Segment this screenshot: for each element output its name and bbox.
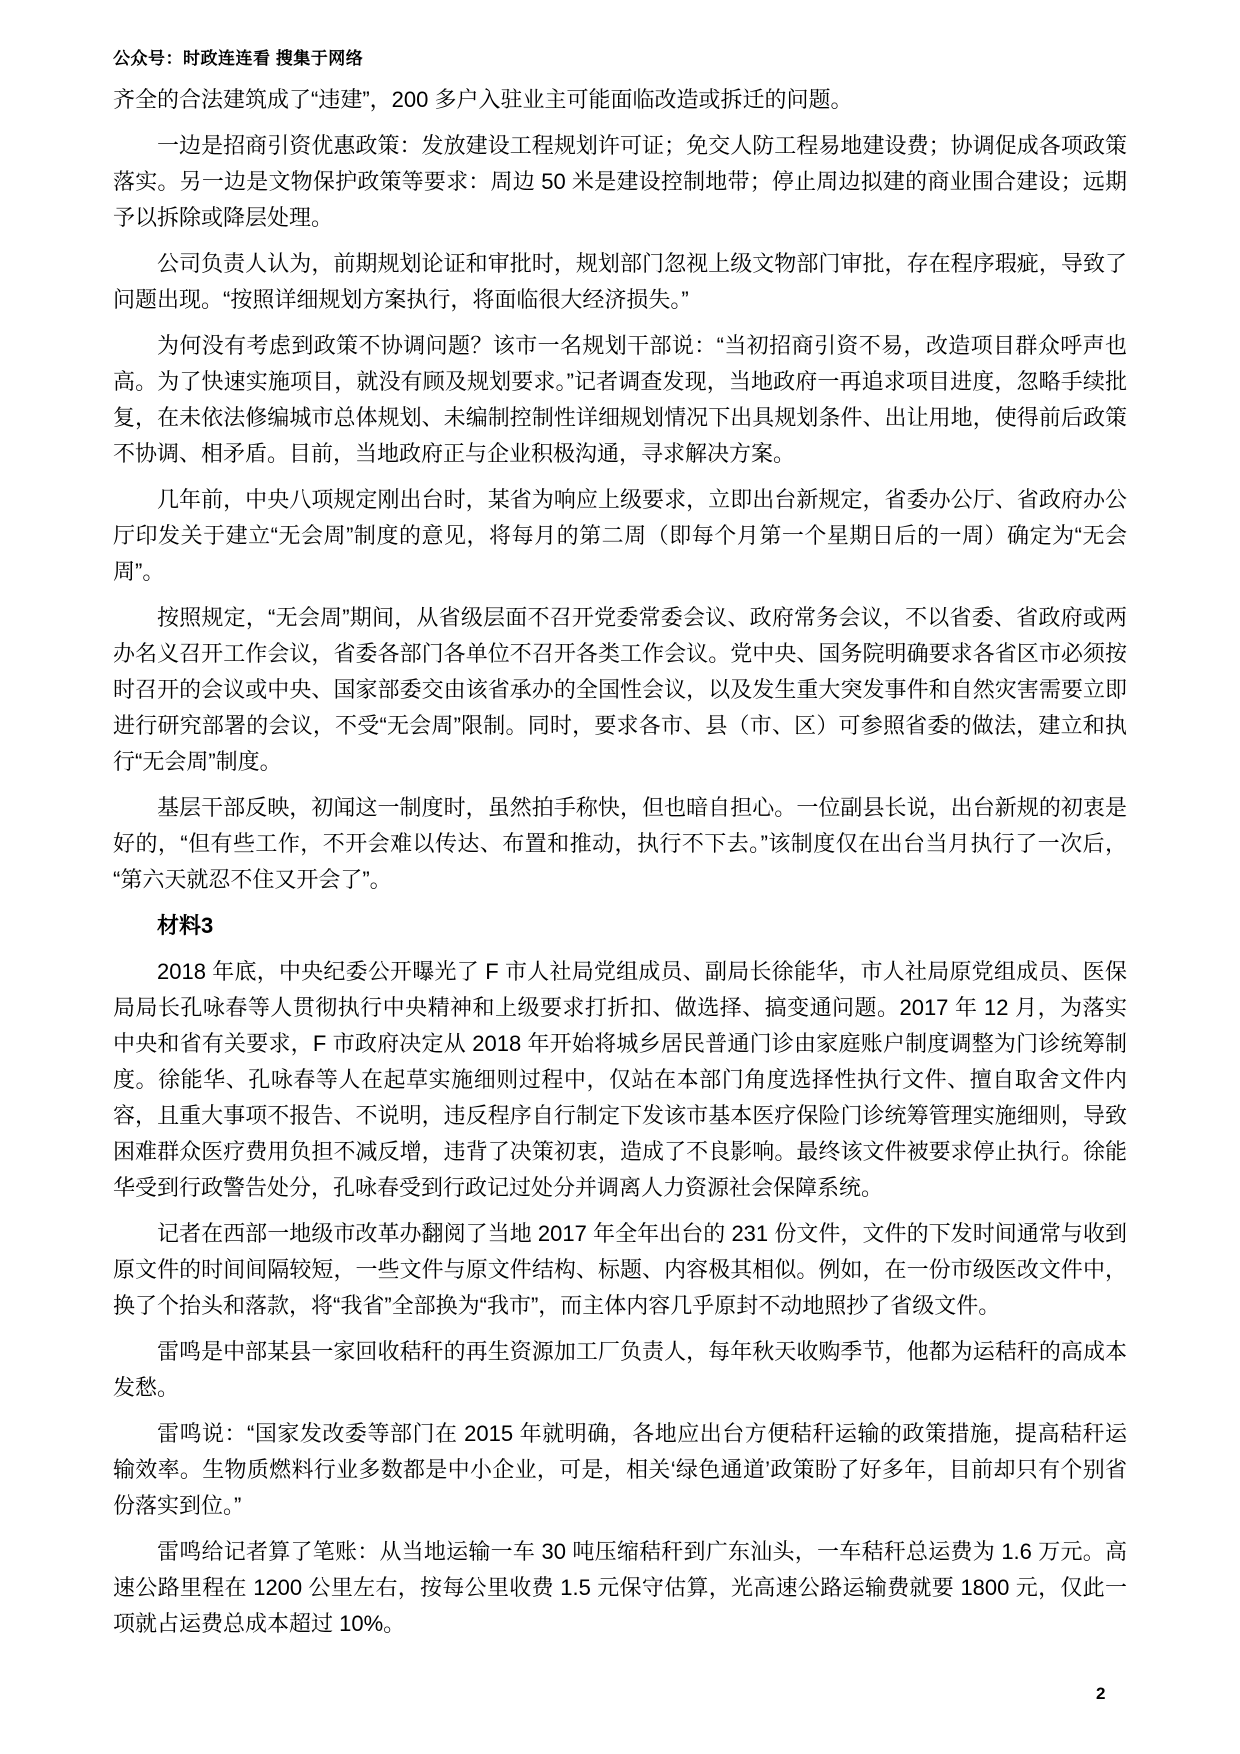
- paragraph: 一边是招商引资优惠政策：发放建设工程规划许可证；免交人防工程易地建设费；协调促成…: [113, 128, 1127, 236]
- paragraph: 基层干部反映，初闻这一制度时，虽然拍手称快，但也暗自担心。一位副县长说，出台新规…: [113, 790, 1127, 898]
- document-page: 公众号：时政连连看 搜集于网络 齐全的合法建筑成了“违建”，200 多户入驻业主…: [0, 0, 1240, 1754]
- paragraph: 公司负责人认为，前期规划论证和审批时，规划部门忽视上级文物部门审批，存在程序瑕疵…: [113, 246, 1127, 318]
- paragraph: 雷鸣是中部某县一家回收秸秆的再生资源加工厂负责人，每年秋天收购季节，他都为运秸秆…: [113, 1334, 1127, 1406]
- paragraph: 2018 年底，中央纪委公开曝光了 F 市人社局党组成员、副局长徐能华，市人社局…: [113, 954, 1127, 1206]
- paragraph: 雷鸣给记者算了笔账：从当地运输一车 30 吨压缩秸秆到广东汕头，一车秸秆总运费为…: [113, 1534, 1127, 1642]
- document-body: 齐全的合法建筑成了“违建”，200 多户入驻业主可能面临改造或拆迁的问题。 一边…: [113, 82, 1127, 1652]
- paragraph: 为何没有考虑到政策不协调问题？该市一名规划干部说：“当初招商引资不易，改造项目群…: [113, 328, 1127, 472]
- paragraph: 记者在西部一地级市改革办翻阅了当地 2017 年全年出台的 231 份文件，文件…: [113, 1216, 1127, 1324]
- paragraph: 雷鸣说：“国家发改委等部门在 2015 年就明确，各地应出台方便秸秆运输的政策措…: [113, 1416, 1127, 1524]
- page-number: 2: [1096, 1684, 1105, 1704]
- watermark-text: 公众号：时政连连看 搜集于网络: [113, 44, 363, 69]
- paragraph: 按照规定，“无会周”期间，从省级层面不召开党委常委会议、政府常务会议，不以省委、…: [113, 600, 1127, 780]
- material-3-heading: 材料3: [113, 908, 1127, 944]
- paragraph: 齐全的合法建筑成了“违建”，200 多户入驻业主可能面临改造或拆迁的问题。: [113, 82, 1127, 118]
- paragraph: 几年前，中央八项规定刚出台时，某省为响应上级要求，立即出台新规定，省委办公厅、省…: [113, 482, 1127, 590]
